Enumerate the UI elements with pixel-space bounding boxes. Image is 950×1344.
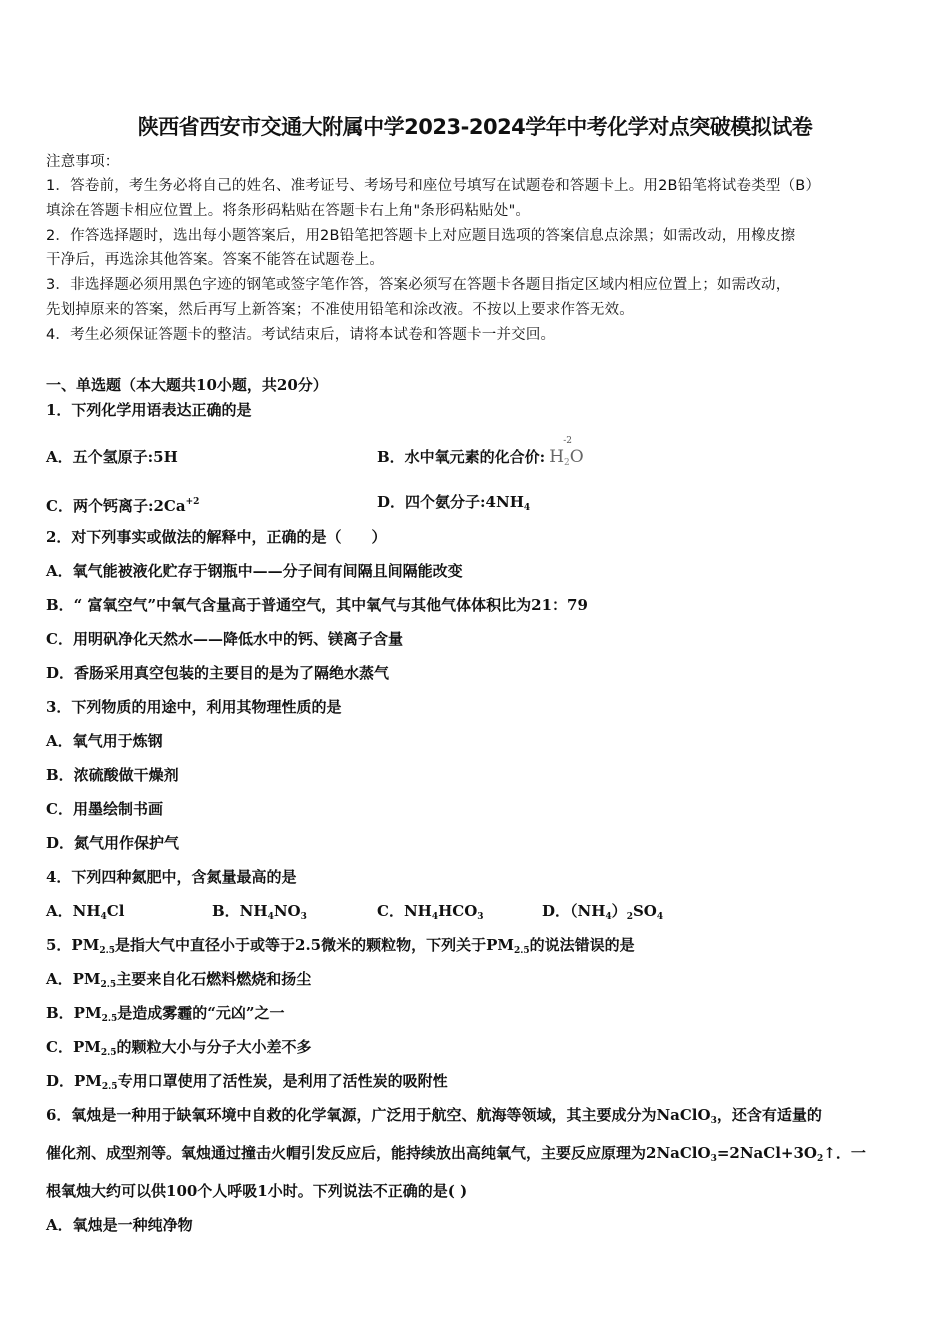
question-stem-cont: 根氧烛大约可以供100个人呼吸1小时。下列说法不正确的是( )	[46, 1181, 467, 1201]
question-stem: 4．下列四种氮肥中，含氮量最高的是	[46, 867, 296, 887]
option-b: B．水中氧元素的化合价:-2H2O	[377, 447, 584, 473]
option-a: A．NH4Cl	[46, 901, 124, 927]
notice-line: 填涂在答题卡相应位置上。将条形码粘贴在答题卡右上角"条形码粘贴处"。	[46, 201, 530, 221]
page-title: 陕西省西安市交通大附属中学2023-2024学年中考化学对点突破模拟试卷	[0, 111, 950, 141]
option-b-text: B．水中氧元素的化合价:	[377, 448, 545, 466]
notice-line: 4．考生必须保证答题卡的整洁。考试结束后，请将本试卷和答题卡一并交回。	[46, 325, 555, 345]
option-c: C．NH4HCO3	[377, 901, 484, 927]
option-d: D．氮气用作保护气	[46, 833, 179, 853]
question-stem: 2．对下列事实或做法的解释中，正确的是（ ）	[46, 527, 386, 547]
option-d: D．四个氨分子:4NH4	[377, 492, 530, 518]
valence-label: -2	[563, 431, 572, 451]
notice-line: 干净后，再选涂其他答案。答案不能答在试题卷上。	[46, 250, 384, 270]
notice-heading: 注意事项：	[46, 152, 120, 172]
question-stem-cont: 催化剂、成型剂等。氧烛通过撞击火帽引发反应后，能持续放出高纯氧气，主要反应原理为…	[46, 1143, 866, 1169]
option-b: B．PM2.5是造成雾霾的“元凶”之一	[46, 1003, 285, 1029]
option-a: A．氧烛是一种纯净物	[46, 1215, 193, 1235]
notice-line: 3．非选择题必须用黑色字迹的钢笔或签字笔作答，答案必须写在答题卡各题目指定区域内…	[46, 275, 790, 295]
option-c: C．用明矾净化天然水——降低水中的钙、镁离子含量	[46, 629, 403, 649]
question-stem: 1．下列化学用语表达正确的是	[46, 400, 251, 420]
notice-line: 1．答卷前，考生务必将自己的姓名、准考证号、考场号和座位号填写在试题卷和答题卡上…	[46, 176, 820, 196]
option-b: B．NH4NO3	[212, 901, 307, 927]
question-stem: 6．氧烛是一种用于缺氧环境中自救的化学氧源，广泛用于航空、航海等领域，其主要成分…	[46, 1105, 822, 1131]
option-c: C．PM2.5的颗粒大小与分子大小差不多	[46, 1037, 312, 1063]
option-a: A．五个氢原子:5H	[46, 447, 178, 467]
exam-page: 陕西省西安市交通大附属中学2023-2024学年中考化学对点突破模拟试卷 注意事…	[0, 0, 950, 1344]
option-d: D．PM2.5专用口罩使用了活性炭，是利用了活性炭的吸附性	[46, 1071, 448, 1097]
option-c: C．两个钙离子:2Ca+2	[46, 492, 199, 516]
question-stem: 5．PM2.5是指大气中直径小于或等于2.5微米的颗粒物，下列关于PM2.5的说…	[46, 935, 635, 961]
option-a: A．氧气用于炼钢	[46, 731, 163, 751]
notice-line: 先划掉原来的答案，然后再写上新答案；不准使用铅笔和涂改液。不按以上要求作答无效。	[46, 300, 634, 320]
question-stem: 3．下列物质的用途中，利用其物理性质的是	[46, 697, 341, 717]
option-c: C．用墨绘制书画	[46, 799, 163, 819]
option-a: A．氧气能被液化贮存于钢瓶中——分子间有间隔且间隔能改变	[46, 561, 463, 581]
water-formula: -2H2O	[549, 447, 584, 473]
section-heading: 一、单选题（本大题共10小题，共20分）	[46, 375, 328, 395]
option-a: A．PM2.5主要来自化石燃料燃烧和扬尘	[46, 969, 311, 995]
option-d: D．香肠采用真空包装的主要目的是为了隔绝水蒸气	[46, 663, 389, 683]
option-b: B．“ 富氧空气”中氧气含量高于普通空气，其中氧气与其他气体体积比为21：79	[46, 595, 588, 615]
option-b: B．浓硫酸做干燥剂	[46, 765, 179, 785]
option-d: D．（NH4）2SO4	[542, 901, 663, 927]
notice-line: 2．作答选择题时，选出每小题答案后，用2B铅笔把答题卡上对应题目选项的答案信息点…	[46, 226, 795, 246]
